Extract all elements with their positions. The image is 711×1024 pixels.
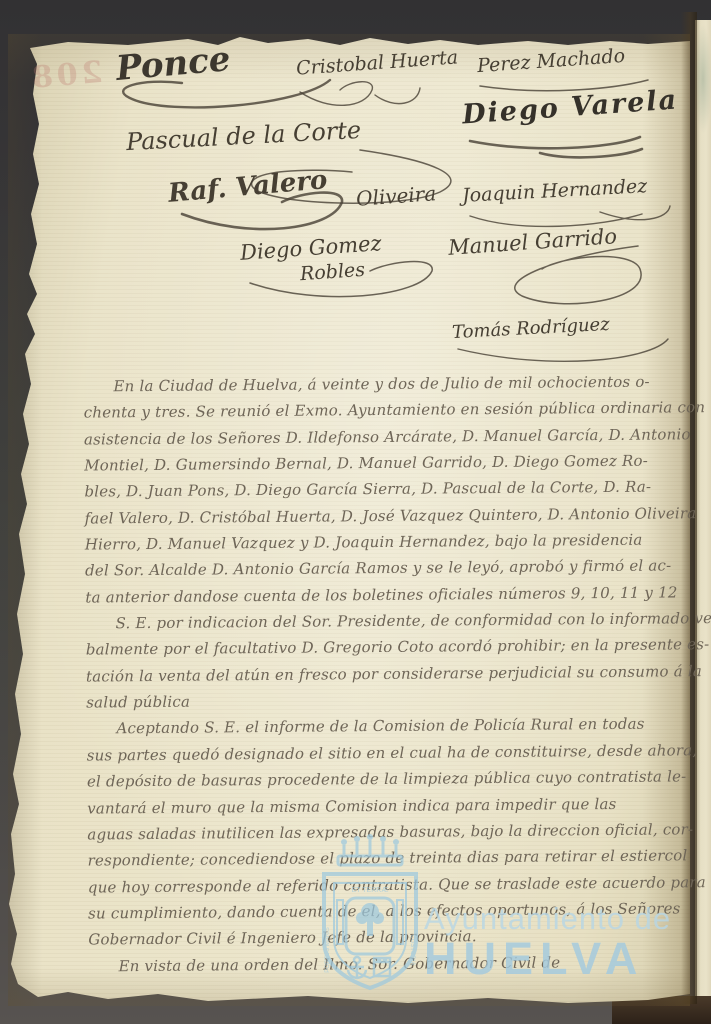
flourish-tomas: [458, 339, 668, 361]
flourish-pascual: [252, 150, 451, 203]
manuscript-body: En la Ciudad de Huelva, á veinte y dos d…: [83, 368, 673, 979]
flourish-valero: [182, 193, 342, 230]
flourish-joaquin: [470, 206, 670, 226]
manuscript-line: tación la venta del atún en fresco por c…: [86, 658, 671, 689]
manuscript-line: En vista de una orden del Ilmo. Sor. Gob…: [88, 948, 673, 979]
flourish-diego-gomez: [250, 262, 432, 297]
flourish-garrido: [515, 246, 641, 304]
flourish-cristobal: [300, 82, 420, 106]
photographed-manuscript: 208 Ponce Cristobal Huerta Perez Machado…: [0, 0, 711, 1024]
manuscript-line: su cumplimiento, dando cuenta de el, a l…: [88, 895, 673, 926]
flourish-diego-varela: [470, 137, 642, 157]
flourish-perez-machado: [480, 80, 648, 91]
ink-layer: Ponce Cristobal Huerta Perez Machado Die…: [0, 0, 711, 1024]
flourish-ponce: [123, 80, 330, 107]
